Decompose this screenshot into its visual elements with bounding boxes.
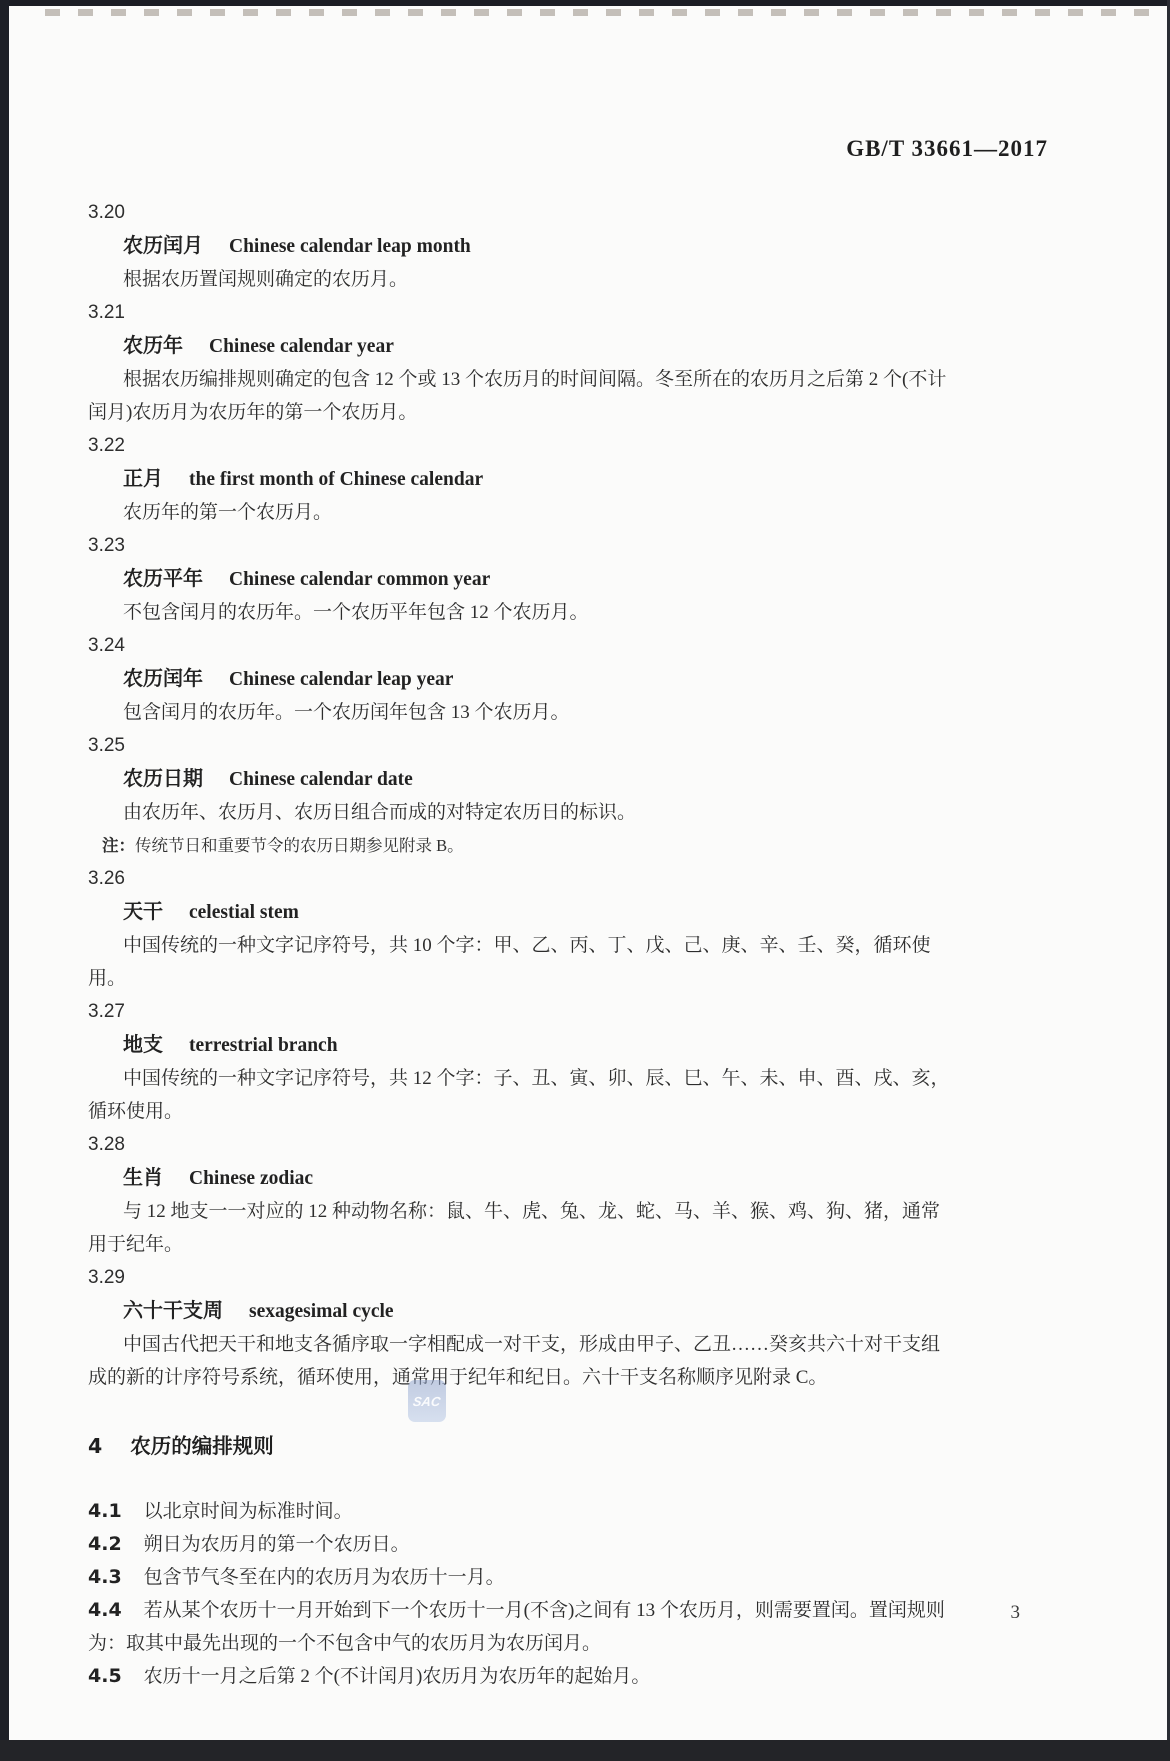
term-zh: 农历平年 [123,566,203,590]
sac-watermark-text: SAC [412,1394,442,1409]
page-number: 3 [1011,1602,1021,1624]
term-en: Chinese calendar leap year [229,669,453,690]
term-en: Chinese calendar leap month [229,236,471,257]
perforation-marks [45,9,1158,16]
term-number: 3.24 [88,629,956,662]
term-number: 3.23 [88,529,956,562]
rule-item: 4.2朔日为农历月的第一个农历日。 [88,1528,956,1561]
term-en: Chinese calendar year [209,336,394,357]
section-title: 农历的编排规则 [130,1434,274,1458]
note-text: 传统节日和重要节令的农历日期参见附录 B。 [135,836,464,855]
scan-edge-top [0,0,1170,6]
scanned-document-page: GB/T 33661—2017 3.20 农历闰月Chinese calenda… [0,0,1170,1761]
term-number: 3.22 [88,429,956,462]
term-en: sexagesimal cycle [249,1301,394,1322]
term-definition: 中国古代把天干和地支各循序取一字相配成一对干支，形成由甲子、乙丑……癸亥共六十对… [88,1328,956,1394]
rule-text: 以北京时间为标准时间。 [144,1501,353,1522]
rule-item: 4.4若从某个农历十一月开始到下一个农历十一月(不含)之间有 13 个农历月，则… [88,1594,956,1660]
rule-text: 朔日为农历月的第一个农历日。 [144,1534,410,1555]
term-definition: 包含闰月的农历年。一个农历闰年包含 13 个农历月。 [88,696,956,729]
standard-code-header: GB/T 33661—2017 [846,136,1048,162]
term-en: Chinese calendar common year [229,569,490,590]
term-number: 3.20 [88,196,956,229]
term-entry: 3.28 生肖Chinese zodiac 与 12 地支一一对应的 12 种动… [88,1128,956,1261]
rule-item: 4.5农历十一月之后第 2 个(不计闰月)农历月为农历年的起始月。 [88,1660,956,1693]
term-entry: 3.25 农历日期Chinese calendar date 由农历年、农历月、… [88,729,956,862]
term-zh: 农历闰年 [123,666,203,690]
term-number: 3.28 [88,1128,956,1161]
term-en: the first month of Chinese calendar [189,469,483,490]
term-definition: 由农历年、农历月、农历日组合而成的对特定农历日的标识。 [88,796,956,829]
term-heading: 正月the first month of Chinese calendar [88,462,956,496]
term-heading: 天干celestial stem [88,895,956,929]
term-entry: 3.27 地支terrestrial branch 中国传统的一种文字记序符号，… [88,995,956,1128]
rule-item: 4.3包含节气冬至在内的农历月为农历十一月。 [88,1561,956,1594]
term-heading: 农历闰月Chinese calendar leap month [88,229,956,263]
term-zh: 生肖 [123,1165,163,1189]
term-entry: 3.20 农历闰月Chinese calendar leap month 根据农… [88,196,956,296]
section-number: 4 [88,1434,102,1458]
term-heading: 农历年Chinese calendar year [88,329,956,363]
section-4-heading: 4农历的编排规则 [88,1430,956,1463]
scan-edge-left [0,0,9,1761]
term-zh: 六十干支周 [123,1298,223,1322]
term-heading: 六十干支周sexagesimal cycle [88,1294,956,1328]
term-number: 3.26 [88,862,956,895]
term-number: 3.29 [88,1261,956,1294]
note-label: 注： [102,836,135,855]
rule-number: 4.3 [88,1566,122,1588]
term-zh: 地支 [123,1032,163,1056]
rule-number: 4.4 [88,1599,122,1621]
term-number: 3.25 [88,729,956,762]
term-definition: 不包含闰月的农历年。一个农历平年包含 12 个农历月。 [88,596,956,629]
document-body: 3.20 农历闰月Chinese calendar leap month 根据农… [88,196,956,1693]
term-en: Chinese calendar date [229,769,413,790]
term-definition: 中国传统的一种文字记序符号，共 10 个字：甲、乙、丙、丁、戊、己、庚、辛、壬、… [88,929,956,995]
term-heading: 生肖Chinese zodiac [88,1161,956,1195]
rule-number: 4.1 [88,1500,122,1522]
term-en: Chinese zodiac [189,1168,313,1189]
term-entry: 3.21 农历年Chinese calendar year 根据农历编排规则确定… [88,296,956,429]
rule-text: 包含节气冬至在内的农历月为农历十一月。 [144,1567,505,1588]
term-definition: 根据农历置闰规则确定的农历月。 [88,263,956,296]
term-heading: 地支terrestrial branch [88,1028,956,1062]
term-en: terrestrial branch [189,1035,338,1056]
rule-item: 4.1以北京时间为标准时间。 [88,1495,956,1528]
term-heading: 农历闰年Chinese calendar leap year [88,662,956,696]
term-note: 注：传统节日和重要节令的农历日期参见附录 B。 [88,829,956,862]
term-definition: 根据农历编排规则确定的包含 12 个或 13 个农历月的时间间隔。冬至所在的农历… [88,363,956,429]
term-definition: 与 12 地支一一对应的 12 种动物名称：鼠、牛、虎、兔、龙、蛇、马、羊、猴、… [88,1195,956,1261]
term-entry: 3.23 农历平年Chinese calendar common year 不包… [88,529,956,629]
term-entry: 3.29 六十干支周sexagesimal cycle 中国古代把天干和地支各循… [88,1261,956,1394]
term-entry: 3.24 农历闰年Chinese calendar leap year 包含闰月… [88,629,956,729]
term-entry: 3.26 天干celestial stem 中国传统的一种文字记序符号，共 10… [88,862,956,995]
term-definition: 农历年的第一个农历月。 [88,496,956,529]
rule-number: 4.5 [88,1665,122,1687]
rule-text: 若从某个农历十一月开始到下一个农历十一月(不含)之间有 13 个农历月，则需要置… [88,1600,945,1654]
term-heading: 农历平年Chinese calendar common year [88,562,956,596]
term-zh: 农历日期 [123,766,203,790]
rule-number: 4.2 [88,1533,122,1555]
term-zh: 正月 [123,466,163,490]
scan-edge-bottom [0,1740,1170,1761]
term-heading: 农历日期Chinese calendar date [88,762,956,796]
term-en: celestial stem [189,902,299,923]
term-number: 3.27 [88,995,956,1028]
rule-text: 农历十一月之后第 2 个(不计闰月)农历月为农历年的起始月。 [144,1666,651,1687]
sac-watermark-icon: SAC [408,1380,446,1422]
term-zh: 农历闰月 [123,233,203,257]
term-number: 3.21 [88,296,956,329]
term-definition: 中国传统的一种文字记序符号，共 12 个字：子、丑、寅、卯、辰、巳、午、未、申、… [88,1062,956,1128]
term-entry: 3.22 正月the first month of Chinese calend… [88,429,956,529]
term-zh: 农历年 [123,333,183,357]
term-zh: 天干 [123,899,163,923]
